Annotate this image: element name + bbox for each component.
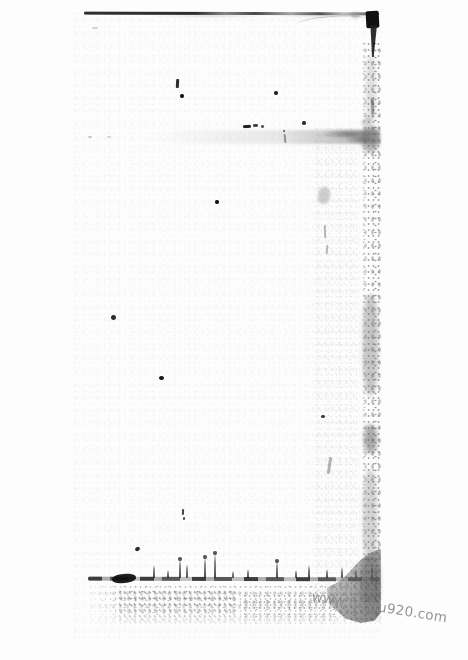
ink-mark <box>243 125 251 128</box>
ink-mark <box>134 546 140 552</box>
noise-patch <box>363 295 378 395</box>
ink-mark <box>182 509 184 515</box>
ink-mark <box>261 125 264 128</box>
ink-mark <box>215 200 219 204</box>
scanned-page: www.fozhu920.com <box>0 0 468 660</box>
bottom-spike <box>308 565 310 578</box>
ink-mark <box>92 27 98 30</box>
ink-mark <box>253 124 258 127</box>
ink-mark <box>88 136 92 138</box>
bottom-spike <box>326 569 328 578</box>
ink-mark <box>111 315 116 320</box>
bottom-spike <box>247 569 249 578</box>
bottom-spike <box>232 571 234 578</box>
bottom-spike <box>341 567 343 578</box>
bottom-spike <box>179 559 181 578</box>
bottom-spike <box>186 564 188 578</box>
ink-mark <box>180 94 184 98</box>
noise-patch <box>364 425 377 453</box>
noise-patch <box>366 55 376 125</box>
ink-mark <box>183 517 185 520</box>
ink-mark <box>321 415 325 418</box>
ink-mark <box>176 79 179 88</box>
bottom-spike <box>204 557 206 578</box>
ink-mark <box>283 130 285 132</box>
bottom-spike <box>167 570 169 578</box>
bottom-spike <box>295 570 297 578</box>
ink-mark <box>324 225 326 238</box>
smudge-core <box>344 135 378 144</box>
ink-mark <box>274 91 278 95</box>
ink-mark <box>351 12 360 18</box>
bottom-spike <box>214 553 216 578</box>
ink-mark <box>159 376 164 380</box>
ink-mark <box>302 121 306 125</box>
ink-mark <box>107 136 111 138</box>
bottom-spike <box>153 565 155 578</box>
noise-patch <box>363 470 377 565</box>
bottom-spike <box>276 561 278 578</box>
